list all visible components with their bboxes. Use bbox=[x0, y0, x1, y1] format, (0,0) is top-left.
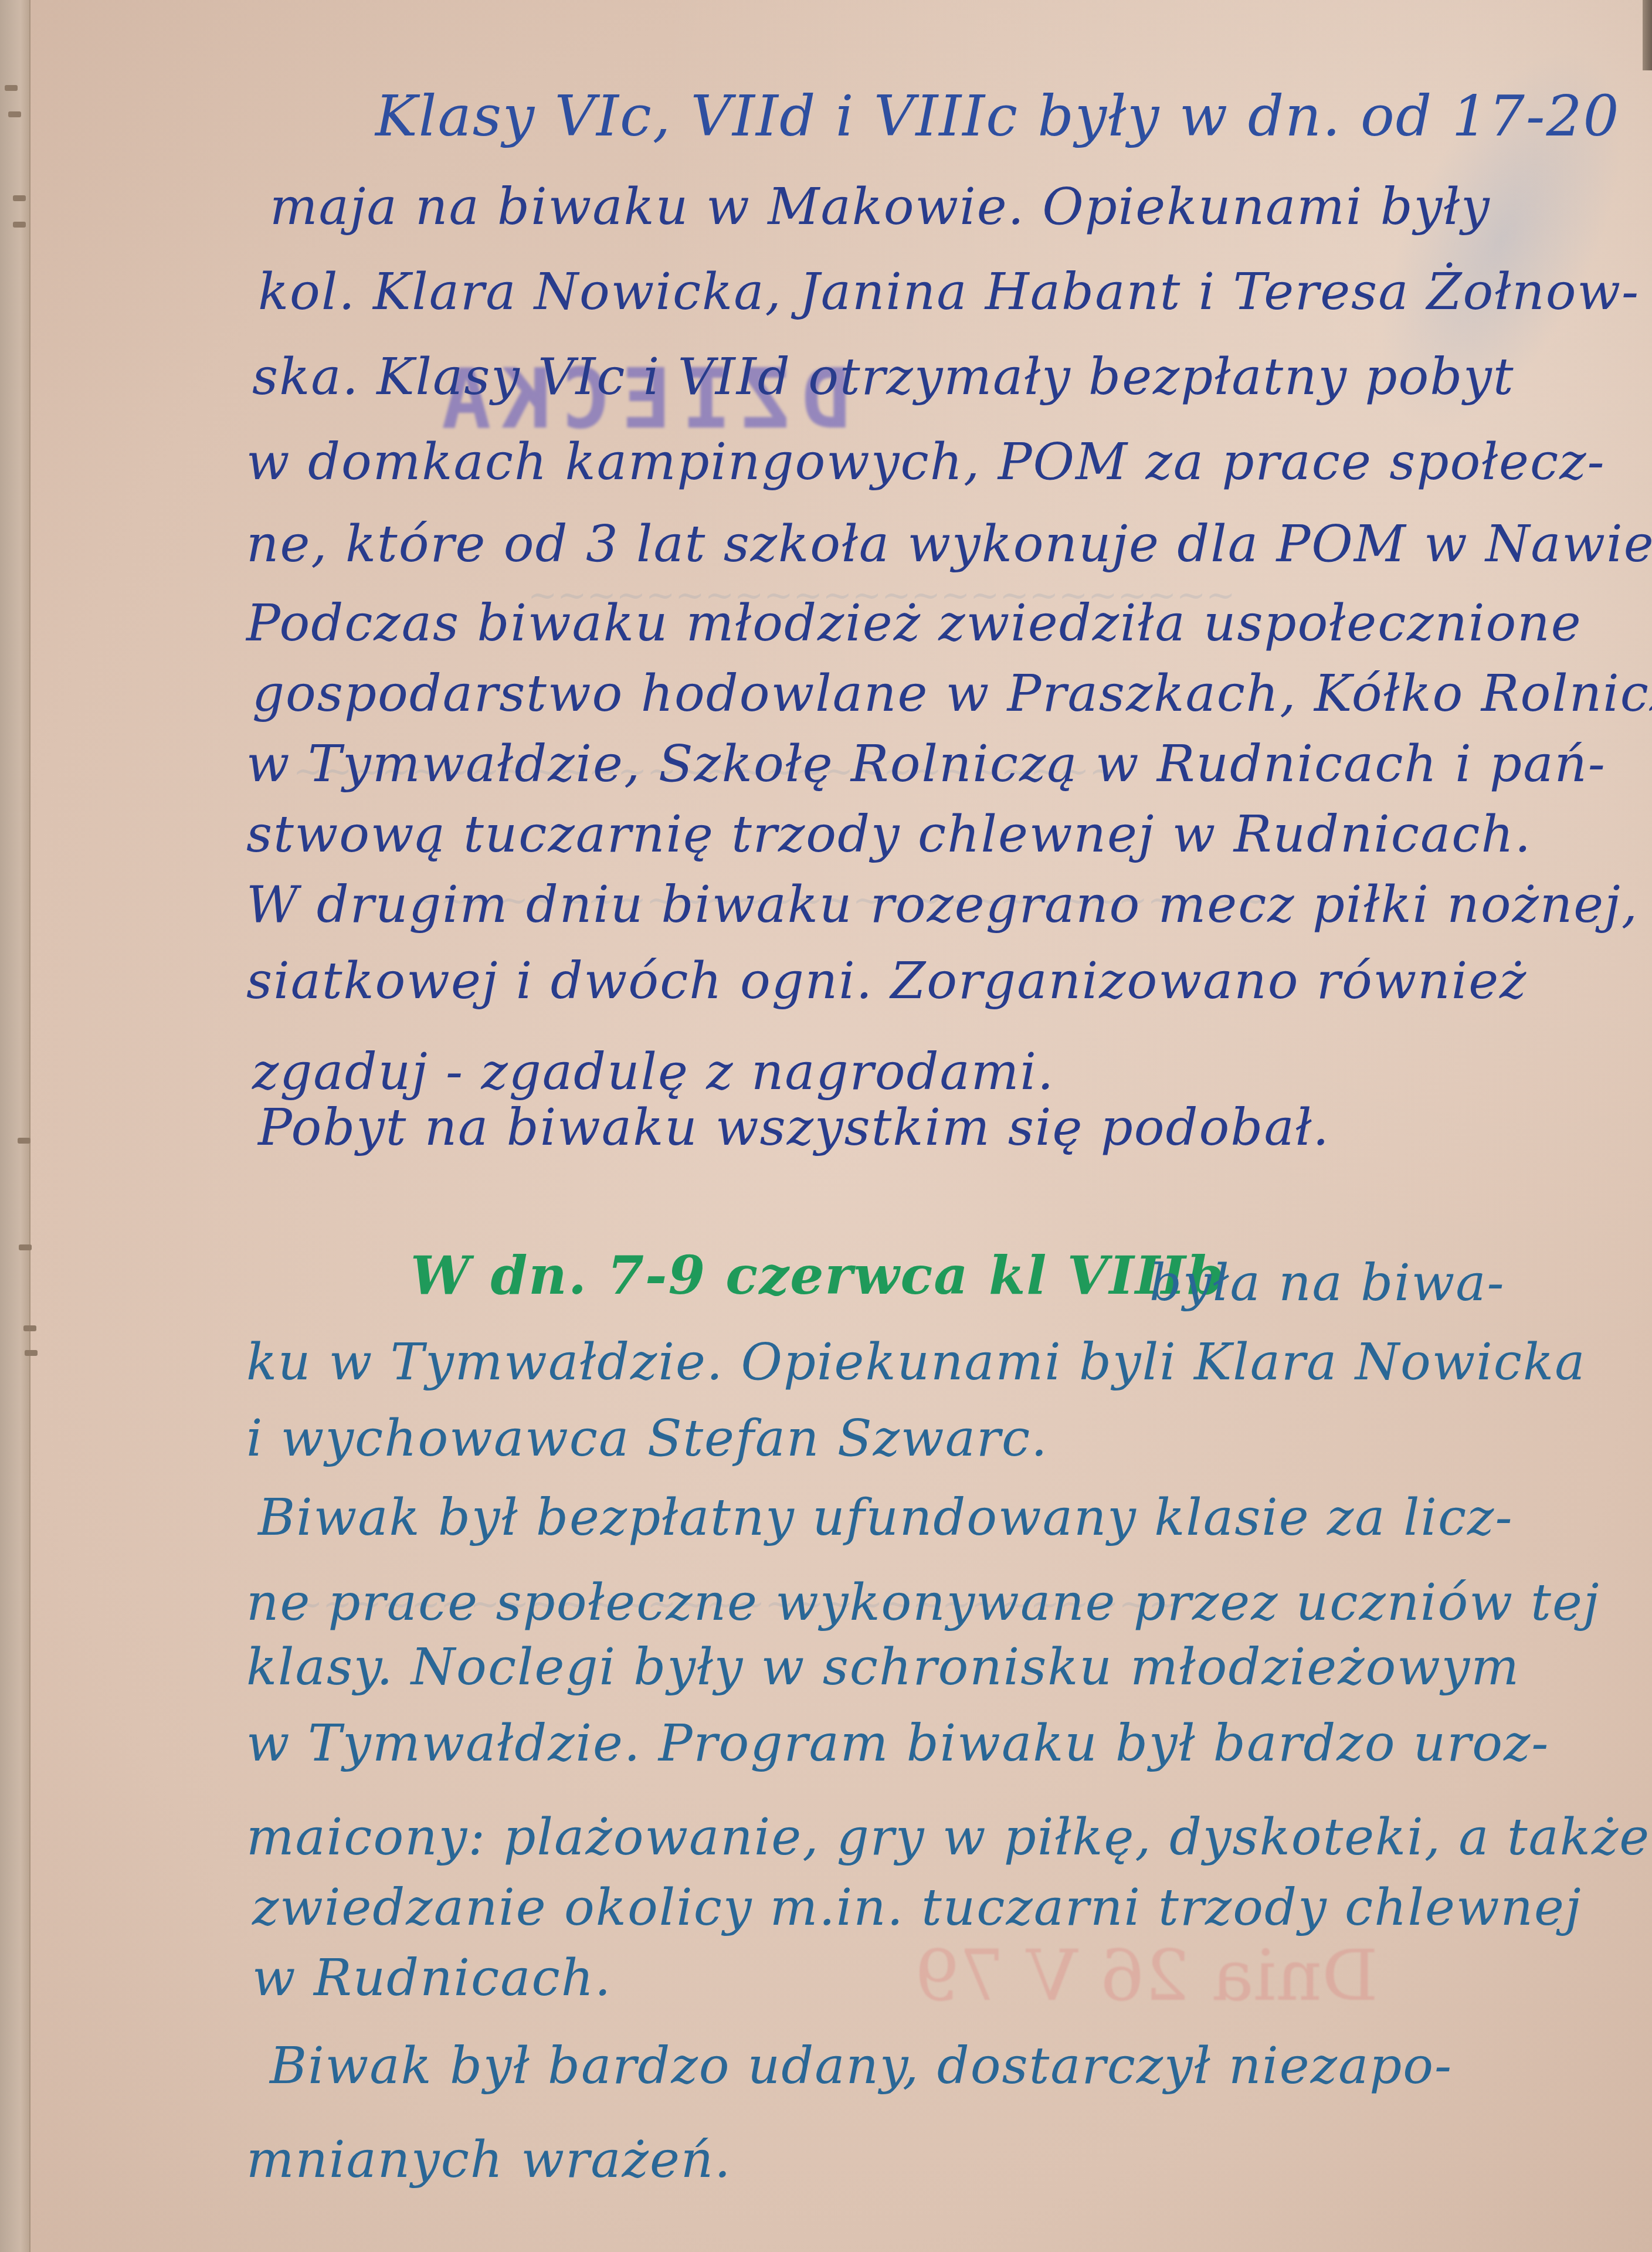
entry-1-line: Klasy VIc, VIId i VIIIc były w dn. od 17… bbox=[375, 88, 1620, 144]
binding-stitch bbox=[23, 1325, 36, 1331]
entry-2-line: ne prace społeczne wykonywane przez uczn… bbox=[246, 1578, 1600, 1628]
entry-2-heading: W dn. 7-9 czerwca kl VIIIb bbox=[411, 1249, 1225, 1302]
entry-1-line: gospodarstwo hodowlane w Praszkach, Kółk… bbox=[252, 669, 1652, 719]
entry-2-line: maicony: plażowanie, gry w piłkę, dyskot… bbox=[246, 1812, 1650, 1863]
binding-stitch bbox=[25, 1350, 38, 1356]
entry-1-line: W drugim dniu biwaku rozegrano mecz piłk… bbox=[246, 880, 1639, 930]
entry-2-line: w Tymwałdzie. Program biwaku był bardzo … bbox=[246, 1718, 1549, 1769]
stamp-date: Dnia 26 V 79 bbox=[915, 1935, 1378, 2017]
entry-2-line: Biwak był bardzo udany, dostarczył nieza… bbox=[270, 2041, 1453, 2091]
entry-2-line: mnianych wrażeń. bbox=[246, 2135, 732, 2185]
binding-stitch bbox=[13, 195, 26, 201]
entry-1-line: zgaduj - zgadulę z nagrodami. bbox=[252, 1047, 1054, 1097]
entry-1-line: ska. Klasy VIc i VIId otrzymały bezpłatn… bbox=[252, 352, 1514, 402]
stitched-binding bbox=[0, 0, 30, 2252]
binding-stitch bbox=[19, 1244, 32, 1250]
entry-2-line: klasy. Noclegi były w schronisku młodzie… bbox=[246, 1642, 1520, 1693]
entry-1-line: ne, które od 3 lat szkoła wykonuje dla P… bbox=[246, 519, 1652, 569]
entry-1-line: Podczas biwaku młodzież zwiedziła uspołe… bbox=[246, 598, 1582, 649]
entry-2-line: w Rudnicach. bbox=[252, 1953, 612, 2003]
entry-1-line: siatkowej i dwóch ogni. Zorganizowano ró… bbox=[246, 956, 1527, 1006]
entry-1-line: w Tymwałdzie, Szkołę Rolniczą w Rudnicac… bbox=[246, 739, 1606, 789]
notebook-page: ~~~~~~~~~~~~~~~~~~~~~~~~ ~~~~~~~~~~~~~~~… bbox=[0, 0, 1652, 2252]
entry-2-line: Biwak był bezpłatny ufundowany klasie za… bbox=[258, 1493, 1513, 1543]
entry-1-line: w domkach kampingowych, POM za prace spo… bbox=[246, 437, 1606, 487]
entry-1-line: maja na biwaku w Makowie. Opiekunami był… bbox=[270, 182, 1491, 232]
entry-2-line: była na biwa- bbox=[1149, 1258, 1505, 1308]
binding-stitch bbox=[8, 111, 21, 117]
binding-stitch bbox=[18, 1138, 30, 1144]
binding-stitch bbox=[13, 222, 26, 228]
entry-2-line: zwiedzanie okolicy m.in. tuczarni trzody… bbox=[252, 1883, 1582, 1933]
entry-2-line: i wychowawca Stefan Szwarc. bbox=[246, 1413, 1049, 1464]
page-edge-shadow bbox=[1643, 0, 1652, 70]
binding-stitch bbox=[5, 85, 18, 91]
entry-2-line: ku w Tymwałdzie. Opiekunami byli Klara N… bbox=[246, 1337, 1586, 1388]
entry-1-line: stwową tuczarnię trzody chlewnej w Rudni… bbox=[246, 809, 1532, 860]
entry-1-line: kol. Klara Nowicka, Janina Habant i Tere… bbox=[258, 267, 1640, 317]
entry-1-line: Pobyt na biwaku wszystkim się podobał. bbox=[258, 1103, 1330, 1153]
